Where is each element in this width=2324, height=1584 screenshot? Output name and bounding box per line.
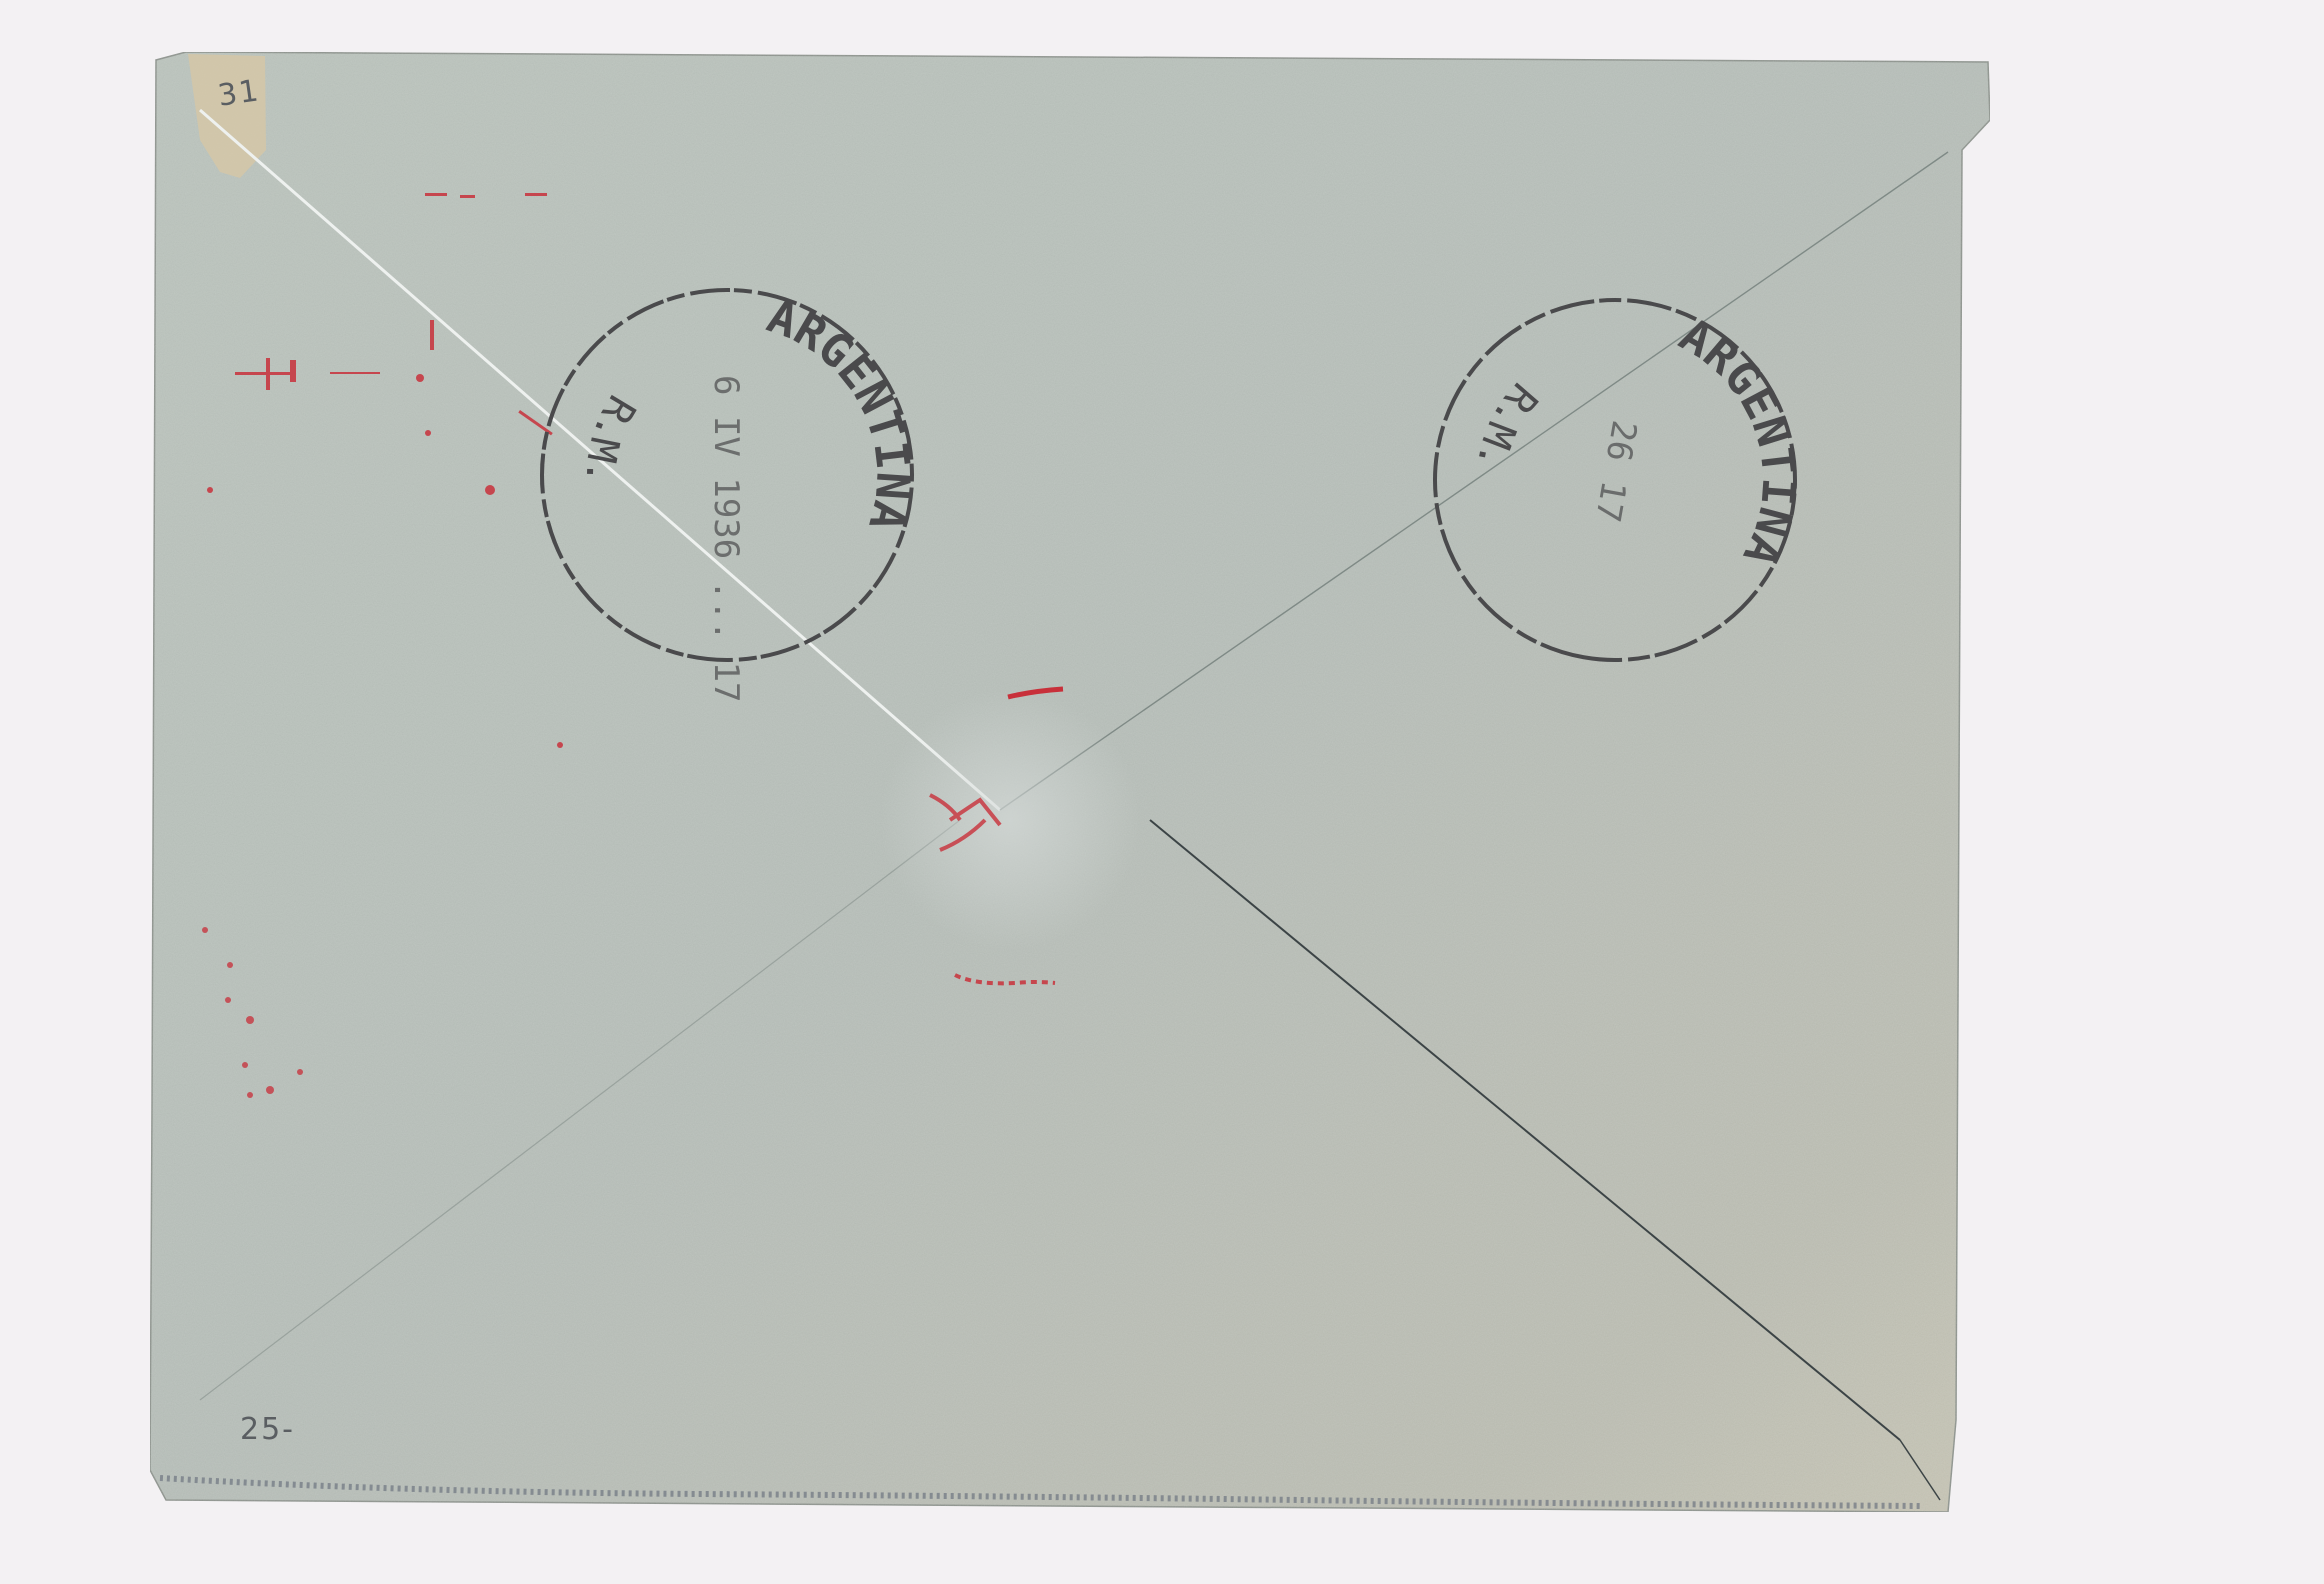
pencil-annotation-bottom: 25- [240, 1412, 295, 1447]
envelope-scene: ARGENTINA R.M. 6 IV 1936 ... 17 ARGENTIN… [0, 0, 2324, 1584]
left-postmark-date: 6 IV 1936 ... 17 [706, 375, 746, 703]
pencil-annotation-top: 31 [216, 73, 263, 114]
